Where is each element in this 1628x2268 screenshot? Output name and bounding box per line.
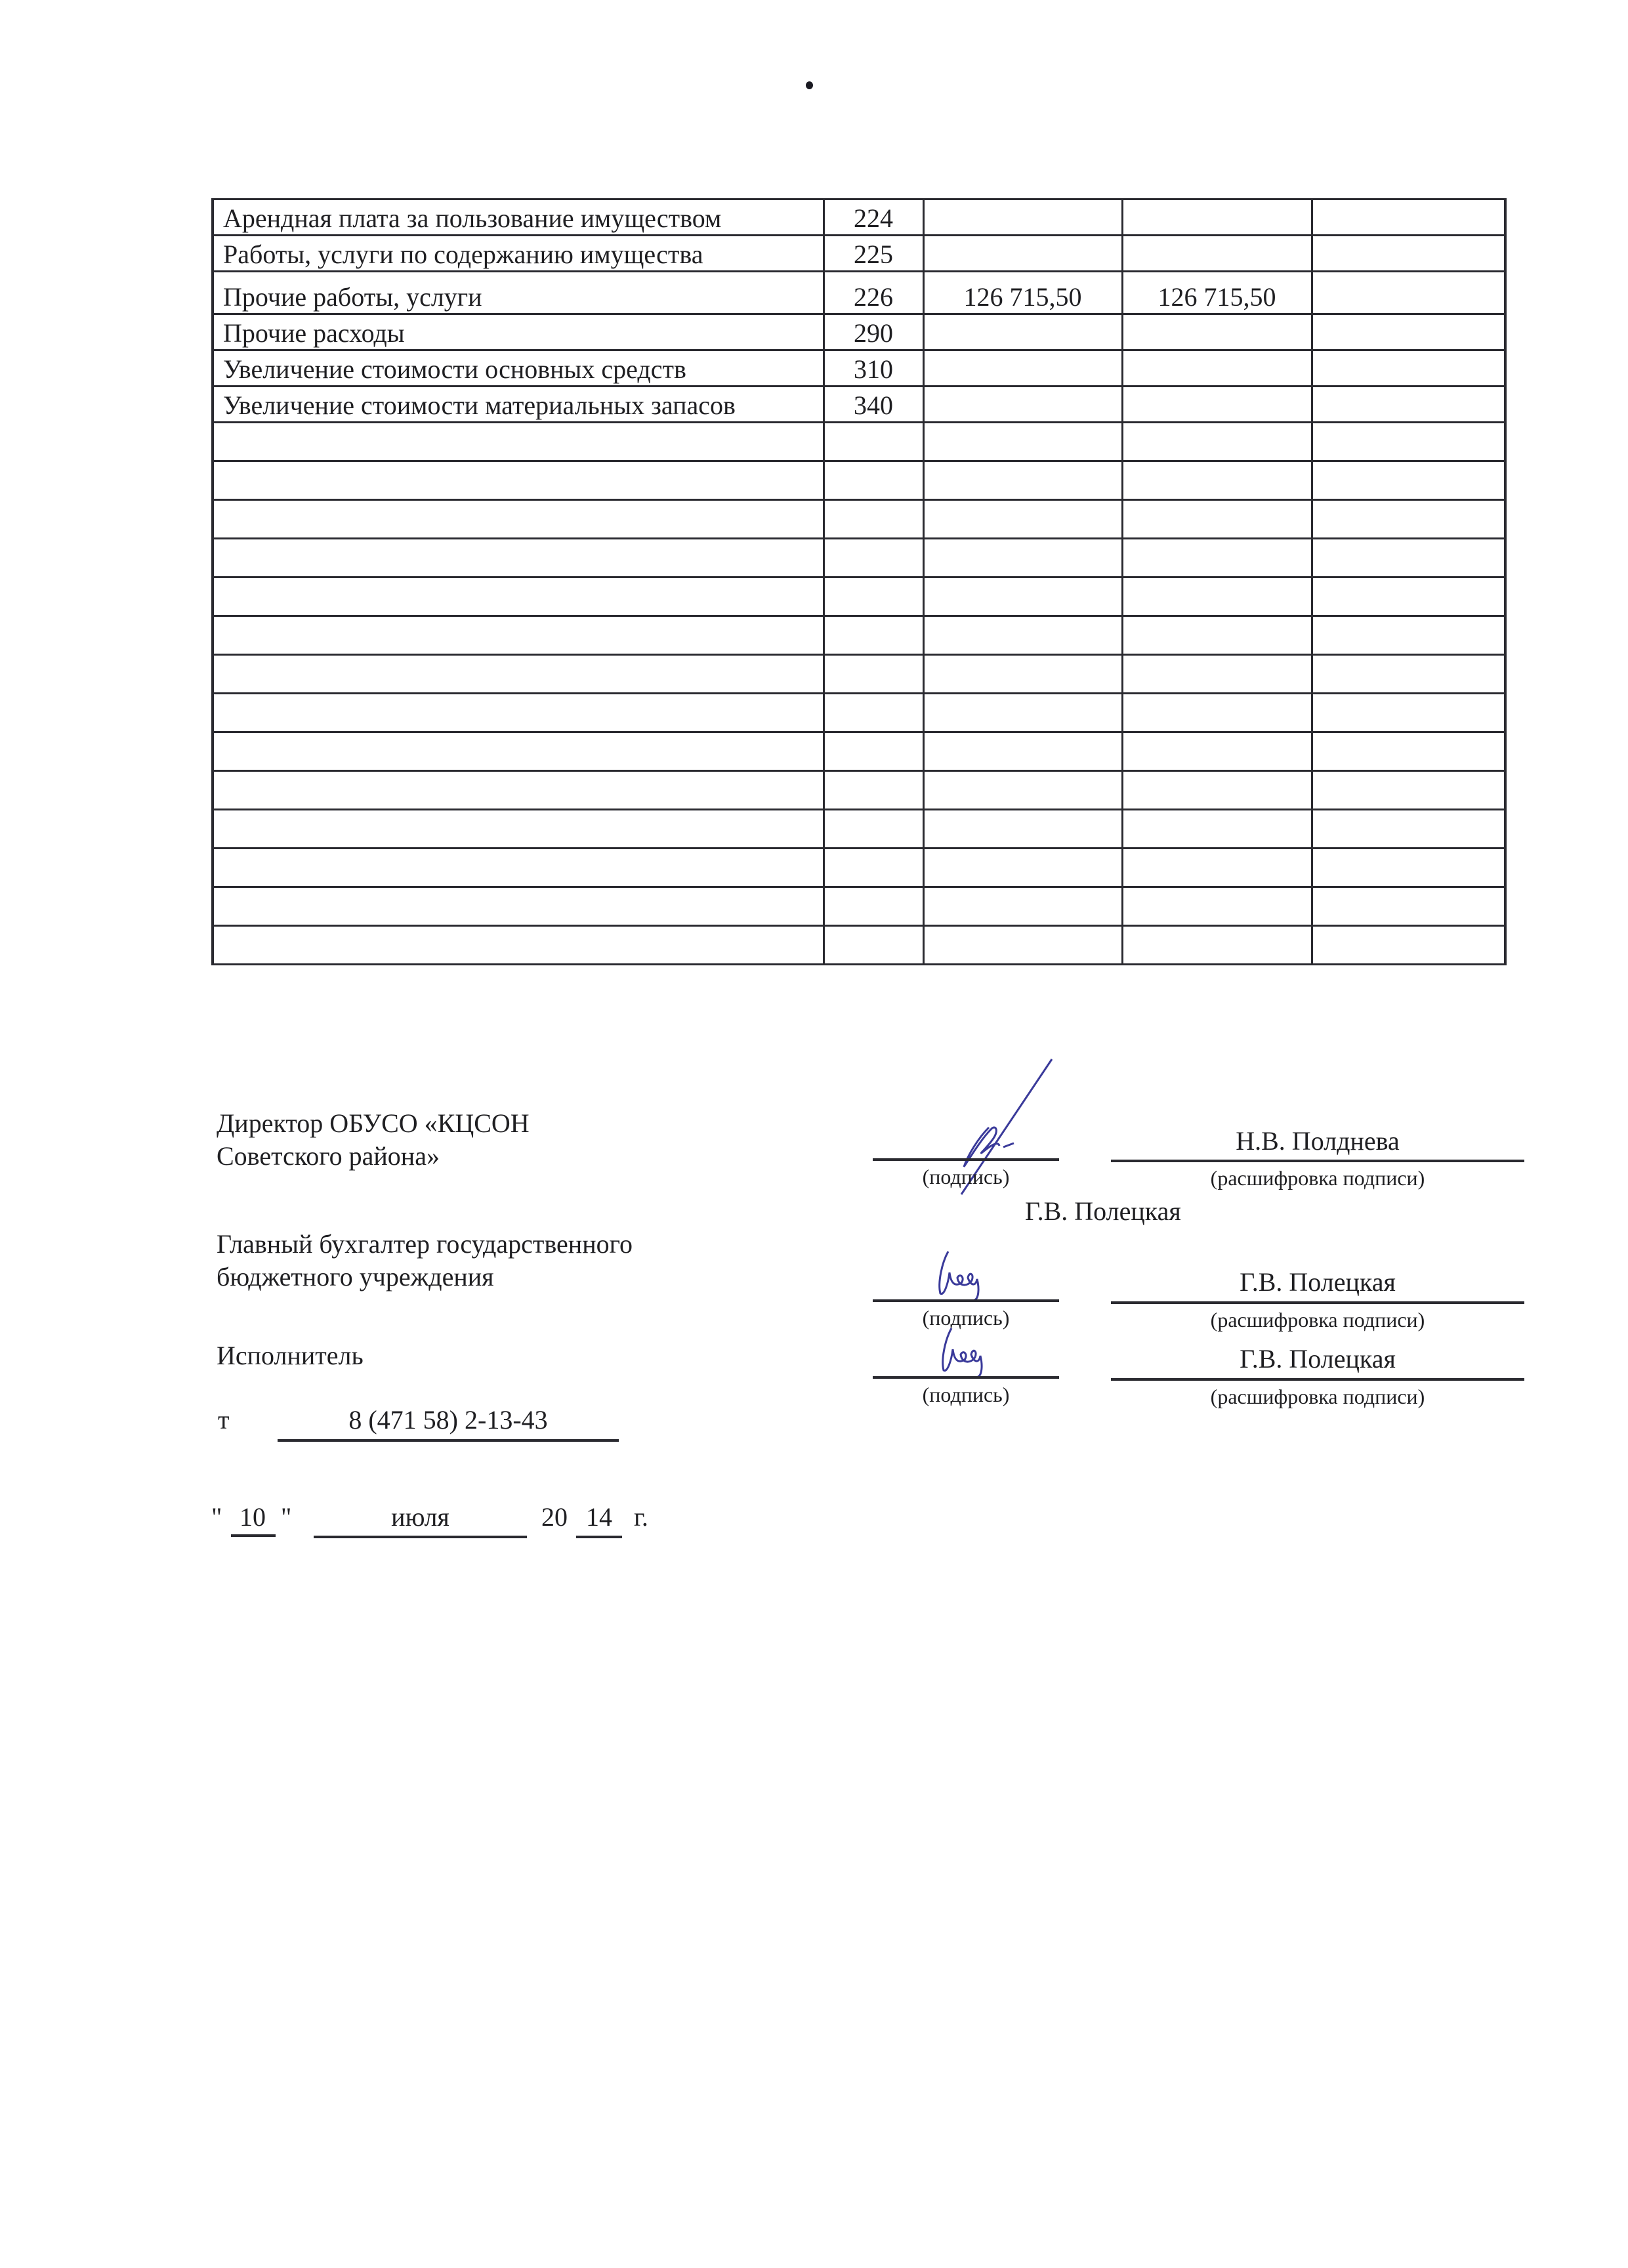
- row-code: 340: [824, 387, 923, 423]
- date-year: 14: [576, 1501, 622, 1532]
- director-name-caption: (расшифровка подписи): [1111, 1166, 1524, 1190]
- date-month: июля: [314, 1501, 527, 1532]
- empty-cell: [824, 423, 923, 461]
- director-signature-line: [873, 1158, 1059, 1161]
- table-row-empty: [213, 577, 1505, 616]
- table-row-empty: [213, 694, 1505, 732]
- executor-name-line: [1111, 1378, 1524, 1381]
- empty-cell: [1312, 887, 1505, 926]
- empty-cell: [1312, 694, 1505, 732]
- accountant-signature-icon: [935, 1250, 1007, 1303]
- empty-cell: [923, 461, 1122, 500]
- date-open-quote: ": [211, 1501, 222, 1533]
- table-row-empty: [213, 461, 1505, 500]
- row-value-3: [1312, 199, 1505, 236]
- empty-cell: [923, 694, 1122, 732]
- row-value-2: [1122, 236, 1312, 272]
- empty-cell: [213, 694, 824, 732]
- empty-cell: [213, 887, 824, 926]
- date-suffix: г.: [634, 1501, 648, 1533]
- empty-cell: [1312, 655, 1505, 694]
- date-day-line: [231, 1534, 276, 1537]
- table-row-empty: [213, 616, 1505, 655]
- empty-cell: [824, 577, 923, 616]
- empty-cell: [923, 771, 1122, 810]
- row-value-1: [923, 387, 1122, 423]
- accountant-signature-line: [873, 1299, 1059, 1302]
- empty-cell: [213, 926, 824, 965]
- table-row: Прочие расходы 290: [213, 314, 1505, 350]
- executor-title: Исполнитель: [217, 1340, 364, 1372]
- empty-cell: [1312, 577, 1505, 616]
- empty-cell: [824, 500, 923, 539]
- row-value-3: [1312, 272, 1505, 314]
- empty-cell: [923, 849, 1122, 887]
- empty-cell: [213, 616, 824, 655]
- empty-cell: [1312, 849, 1505, 887]
- table-row: Работы, услуги по содержанию имущества 2…: [213, 236, 1505, 272]
- empty-cell: [824, 810, 923, 849]
- scan-dot-mark: [806, 81, 813, 89]
- empty-cell: [824, 461, 923, 500]
- table-row-empty: [213, 849, 1505, 887]
- row-label: Арендная плата за пользование имуществом: [213, 199, 824, 236]
- phone-line: [278, 1439, 619, 1442]
- empty-cell: [923, 500, 1122, 539]
- empty-cell: [1122, 926, 1312, 965]
- date-century: 20: [541, 1501, 568, 1533]
- empty-cell: [923, 539, 1122, 577]
- table-row: Увеличение стоимости основных средств 31…: [213, 350, 1505, 387]
- empty-cell: [1122, 849, 1312, 887]
- row-label: Работы, услуги по содержанию имущества: [213, 236, 824, 272]
- accountant-name-line: [1111, 1301, 1524, 1304]
- row-value-1: 126 715,50: [923, 272, 1122, 314]
- row-value-1: [923, 350, 1122, 387]
- director-name-line: [1111, 1160, 1524, 1162]
- row-value-2: [1122, 199, 1312, 236]
- executor-signature-caption: (подпись): [873, 1383, 1059, 1407]
- date-year-line: [576, 1536, 622, 1538]
- row-label: Прочие работы, услуги: [213, 272, 824, 314]
- empty-cell: [923, 926, 1122, 965]
- empty-cell: [213, 771, 824, 810]
- director-extra-name: Г.В. Полецкая: [1025, 1196, 1181, 1227]
- empty-cell: [1312, 810, 1505, 849]
- table-row-empty: [213, 423, 1505, 461]
- row-value-3: [1312, 387, 1505, 423]
- director-title-line2: Советского района»: [217, 1141, 440, 1172]
- empty-cell: [1312, 732, 1505, 771]
- empty-cell: [1122, 616, 1312, 655]
- empty-cell: [1312, 423, 1505, 461]
- table-row-empty: [213, 732, 1505, 771]
- date-close-quote: ": [281, 1501, 291, 1533]
- table-row: Прочие работы, услуги 226 126 715,50 126…: [213, 272, 1505, 314]
- empty-cell: [213, 732, 824, 771]
- empty-cell: [1312, 616, 1505, 655]
- empty-cell: [1312, 926, 1505, 965]
- executor-signature-icon: [938, 1327, 1011, 1379]
- empty-cell: [824, 732, 923, 771]
- empty-cell: [824, 887, 923, 926]
- row-label: Прочие расходы: [213, 314, 824, 350]
- empty-cell: [923, 616, 1122, 655]
- table-row-empty: [213, 655, 1505, 694]
- row-value-1: [923, 236, 1122, 272]
- empty-cell: [213, 849, 824, 887]
- empty-cell: [1122, 694, 1312, 732]
- date-day: 10: [230, 1501, 276, 1532]
- empty-cell: [1122, 810, 1312, 849]
- table-row-empty: [213, 887, 1505, 926]
- row-code: 225: [824, 236, 923, 272]
- empty-cell: [213, 577, 824, 616]
- table-row: Увеличение стоимости материальных запасо…: [213, 387, 1505, 423]
- empty-cell: [824, 771, 923, 810]
- row-value-1: [923, 199, 1122, 236]
- empty-cell: [213, 423, 824, 461]
- row-value-2: [1122, 350, 1312, 387]
- row-value-2: [1122, 387, 1312, 423]
- empty-cell: [1122, 771, 1312, 810]
- table-row-empty: [213, 500, 1505, 539]
- empty-cell: [213, 810, 824, 849]
- row-code: 226: [824, 272, 923, 314]
- empty-cell: [1312, 771, 1505, 810]
- empty-cell: [923, 810, 1122, 849]
- empty-cell: [923, 577, 1122, 616]
- empty-cell: [1312, 461, 1505, 500]
- empty-cell: [213, 539, 824, 577]
- empty-cell: [1122, 423, 1312, 461]
- executor-name-caption: (расшифровка подписи): [1111, 1385, 1524, 1409]
- empty-cell: [923, 732, 1122, 771]
- empty-cell: [824, 616, 923, 655]
- empty-cell: [213, 461, 824, 500]
- director-title-line1: Директор ОБУСО «КЦСОН: [217, 1108, 530, 1139]
- empty-cell: [923, 887, 1122, 926]
- row-code: 310: [824, 350, 923, 387]
- row-code: 290: [824, 314, 923, 350]
- row-code: 224: [824, 199, 923, 236]
- director-name: Н.В. Полднева: [1111, 1125, 1524, 1156]
- empty-cell: [1312, 539, 1505, 577]
- accountant-name: Г.В. Полецкая: [1111, 1267, 1524, 1297]
- accountant-name-caption: (расшифровка подписи): [1111, 1308, 1524, 1332]
- accountant-title-line1: Главный бухгалтер государственного: [217, 1228, 633, 1260]
- empty-cell: [1122, 887, 1312, 926]
- row-value-2: [1122, 314, 1312, 350]
- empty-cell: [1122, 500, 1312, 539]
- empty-cell: [1122, 655, 1312, 694]
- row-label: Увеличение стоимости основных средств: [213, 350, 824, 387]
- empty-cell: [1122, 539, 1312, 577]
- table-row-empty: [213, 539, 1505, 577]
- executor-signature-line: [873, 1376, 1059, 1379]
- date-month-line: [314, 1536, 527, 1538]
- row-value-2: 126 715,50: [1122, 272, 1312, 314]
- expense-table: Арендная плата за пользование имуществом…: [211, 198, 1507, 965]
- phone-prefix: т: [218, 1404, 229, 1436]
- empty-cell: [824, 539, 923, 577]
- empty-cell: [1122, 461, 1312, 500]
- executor-name: Г.В. Полецкая: [1111, 1343, 1524, 1374]
- accountant-title-line2: бюджетного учреждения: [217, 1261, 494, 1293]
- empty-cell: [1122, 732, 1312, 771]
- row-value-1: [923, 314, 1122, 350]
- table-row-empty: [213, 926, 1505, 965]
- empty-cell: [1312, 500, 1505, 539]
- phone-number: 8 (471 58) 2-13-43: [278, 1404, 619, 1435]
- row-value-3: [1312, 350, 1505, 387]
- row-value-3: [1312, 314, 1505, 350]
- empty-cell: [923, 655, 1122, 694]
- table-row-empty: [213, 810, 1505, 849]
- table-row: Арендная плата за пользование имуществом…: [213, 199, 1505, 236]
- director-signature-caption: (подпись): [873, 1165, 1059, 1189]
- empty-cell: [213, 500, 824, 539]
- empty-cell: [824, 926, 923, 965]
- row-value-3: [1312, 236, 1505, 272]
- empty-cell: [824, 694, 923, 732]
- empty-cell: [824, 849, 923, 887]
- empty-cell: [1122, 577, 1312, 616]
- table-row-empty: [213, 771, 1505, 810]
- empty-cell: [824, 655, 923, 694]
- empty-cell: [923, 423, 1122, 461]
- row-label: Увеличение стоимости материальных запасо…: [213, 387, 824, 423]
- empty-cell: [213, 655, 824, 694]
